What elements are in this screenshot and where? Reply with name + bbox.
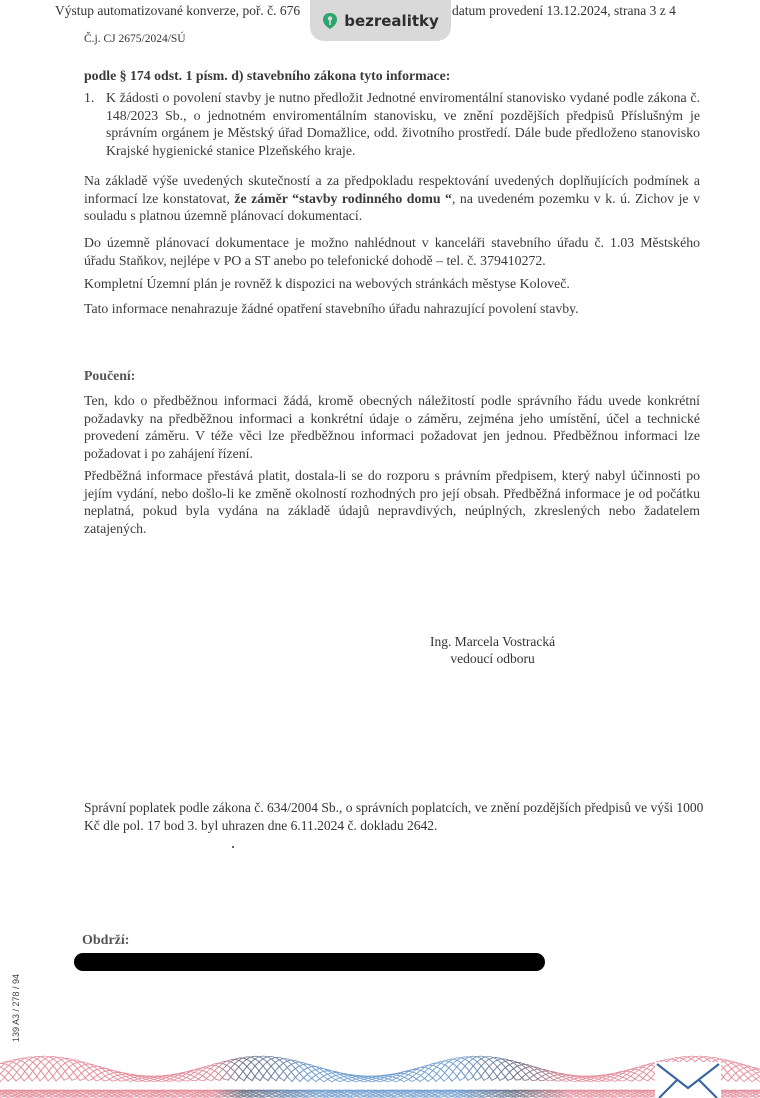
office-paragraph: Do územně plánovací dokumentace je možno… [84,234,700,269]
recipients-label: Obdrží: [82,933,129,949]
guilloche-border [0,1040,760,1098]
signatory-name: Ing. Marcela Vostracká [430,633,555,650]
map-pin-key-icon [322,12,338,30]
office-text: Do územně plánovací dokumentace je možno… [84,234,700,269]
fee-paragraph: Správní poplatek podle zákona č. 634/200… [84,799,704,834]
list-item-text: K žádosti o povolení stavby je nutno pře… [106,89,700,159]
plan-paragraph: Kompletní Územní plán je rovněž k dispoz… [84,275,700,293]
pouceni-text-1: Ten, kdo o předběžnou informaci žádá, kr… [84,392,700,462]
conversion-header: Výstup automatizované konverze, poř. č. … [55,3,300,19]
reference-number: Č.j. CJ 2675/2024/SÚ [84,33,186,45]
pouceni-title: Poučení: [84,367,700,385]
envelope-icon [655,1062,721,1098]
redaction-bar [74,953,545,971]
pouceni-paragraph-2: Předběžná informace přestává platit, dos… [84,467,700,537]
signature-block: Ing. Marcela Vostracká vedoucí odboru [430,633,555,667]
conversion-header-left: Výstup automatizované konverze, poř. č. … [55,3,300,18]
badge-label: bezrealitky [344,12,439,30]
stray-dot [232,846,234,848]
pouceni-paragraph-1: Ten, kdo o předběžnou informaci žádá, kr… [84,392,700,462]
notice-paragraph: Tato informace nenahrazuje žádné opatřen… [84,300,700,318]
section-heading: podle § 174 odst. 1 písm. d) stavebního … [84,67,700,85]
list-item: 1. K žádosti o povolení stavby je nutno … [84,89,700,159]
conclusion-bold: že záměr “stavby rodinného domu “ [234,191,452,206]
side-code: 139 A3 / 278 / 94 [11,974,21,1042]
conclusion-paragraph: Na základě výše uvedených skutečností a … [84,172,700,225]
bezrealitky-badge[interactable]: bezrealitky [310,0,451,41]
conversion-header-right: datum provedení 13.12.2024, strana 3 z 4 [452,3,676,19]
info-list: 1. K žádosti o povolení stavby je nutno … [84,89,700,159]
signatory-role: vedoucí odboru [430,650,555,667]
pouceni-text-2: Předběžná informace přestává platit, dos… [84,467,700,537]
list-item-number: 1. [84,89,94,107]
